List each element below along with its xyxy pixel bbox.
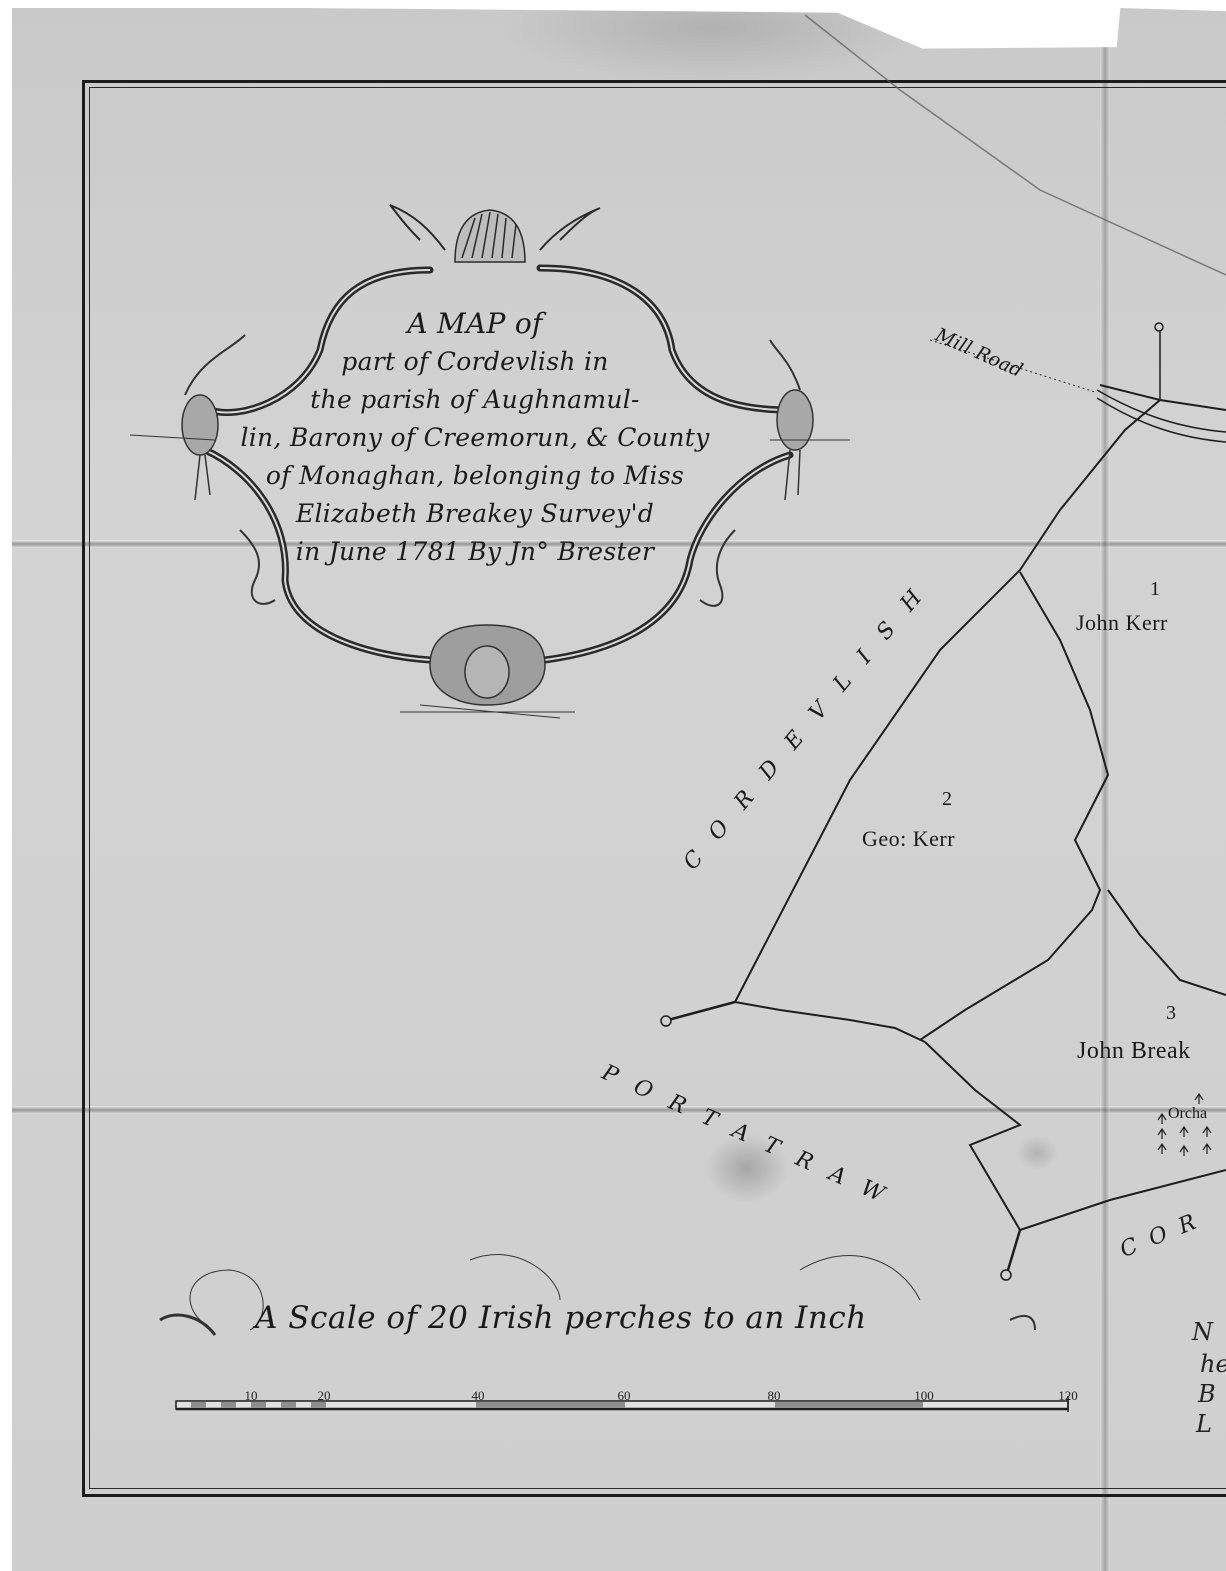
orchard-label: Orcha	[1168, 1105, 1207, 1123]
scale-tick-80: 80	[768, 1388, 781, 1404]
parcel-2-owner: Geo: Kerr	[862, 826, 955, 852]
cartouche-line-2: part of Cordevlish in	[240, 343, 710, 381]
scale-title: A Scale of 20 Irish perches to an Inch	[255, 1300, 867, 1336]
scale-tick-20: 20	[318, 1388, 331, 1404]
face-mascaron-ornament-icon	[400, 625, 575, 718]
shell-ornament-icon	[390, 205, 600, 262]
parcel-2-number: 2	[942, 788, 952, 811]
edge-script-3: B	[1198, 1380, 1216, 1408]
paper-tear-line	[805, 15, 1226, 275]
parcel-3-owner: John Break	[1077, 1038, 1191, 1065]
cartouche-line-7: in June 1781 By Jn° Brester	[240, 533, 710, 571]
cartouche-line-3: the parish of Aughnamul-	[240, 381, 710, 419]
cartouche-line-6: Elizabeth Breakey Survey'd	[240, 495, 710, 533]
scale-tick-60: 60	[618, 1388, 631, 1404]
cartouche-line-5: of Monaghan, belonging to Miss	[240, 457, 710, 495]
edge-script-1: N	[1192, 1318, 1213, 1346]
scale-tick-10: 10	[245, 1388, 258, 1404]
edge-script-2: he	[1200, 1350, 1226, 1378]
scale-tick-100: 100	[914, 1388, 934, 1404]
parcel-3-number: 3	[1166, 1002, 1176, 1025]
left-wind-head-ornament-icon	[130, 335, 245, 500]
edge-script-4: L	[1196, 1410, 1212, 1438]
cartouche-title: A MAP of part of Cordevlish in the paris…	[240, 305, 710, 571]
parcel-1-number: 1	[1150, 578, 1160, 601]
scale-tick-120: 120	[1058, 1388, 1078, 1404]
parcel-1-owner: John Kerr	[1076, 610, 1168, 636]
scale-tick-40: 40	[472, 1388, 485, 1404]
cartouche-line-1: A MAP of	[240, 305, 710, 343]
orchard-trees-icon	[1158, 1094, 1211, 1156]
cartouche-line-4: lin, Barony of Creemorun, & County	[240, 419, 710, 457]
right-wind-head-ornament-icon	[770, 340, 850, 500]
